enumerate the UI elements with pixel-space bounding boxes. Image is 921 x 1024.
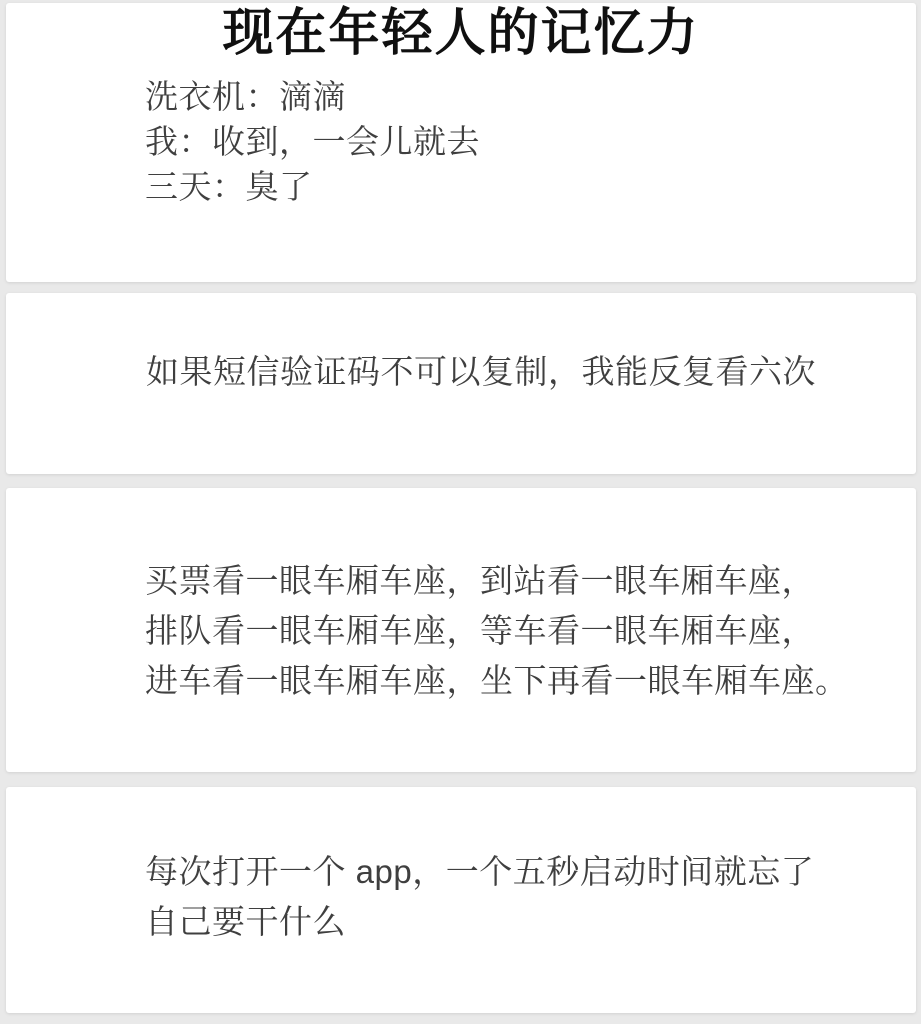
text-line: 洗衣机：滴滴 — [145, 74, 916, 119]
meme-card-app-launch: 每次打开一个 app，一个五秒启动时间就忘了 自己要干什么 — [6, 787, 916, 1013]
meme-card-sms-code: 如果短信验证码不可以复制，我能反复看六次 — [6, 293, 916, 474]
meme-card-train-seat: 买票看一眼车厢车座，到站看一眼车厢车座， 排队看一眼车厢车座，等车看一眼车厢车座… — [6, 488, 916, 772]
text-line: 自己要干什么 — [145, 897, 916, 947]
text-line: 每次打开一个 app，一个五秒启动时间就忘了 — [145, 847, 916, 897]
meme-card-washing-machine: 现在年轻人的记忆力 洗衣机：滴滴 我：收到，一会儿就去 三天：臭了 — [6, 3, 916, 282]
text-line: 排队看一眼车厢车座，等车看一眼车厢车座， — [145, 606, 916, 656]
text-line: 进车看一眼车厢车座，坐下再看一眼车厢车座。 — [145, 656, 916, 706]
text-line: 三天：臭了 — [145, 164, 916, 209]
text-line: 买票看一眼车厢车座，到站看一眼车厢车座， — [145, 556, 916, 606]
meme-page: 现在年轻人的记忆力 洗衣机：滴滴 我：收到，一会儿就去 三天：臭了 如果短信验证… — [0, 0, 921, 1024]
text-line: 我：收到，一会儿就去 — [145, 119, 916, 164]
card-text-block: 洗衣机：滴滴 我：收到，一会儿就去 三天：臭了 — [145, 74, 916, 209]
text-line: 如果短信验证码不可以复制，我能反复看六次 — [146, 349, 916, 394]
page-title: 现在年轻人的记忆力 — [6, 3, 916, 62]
